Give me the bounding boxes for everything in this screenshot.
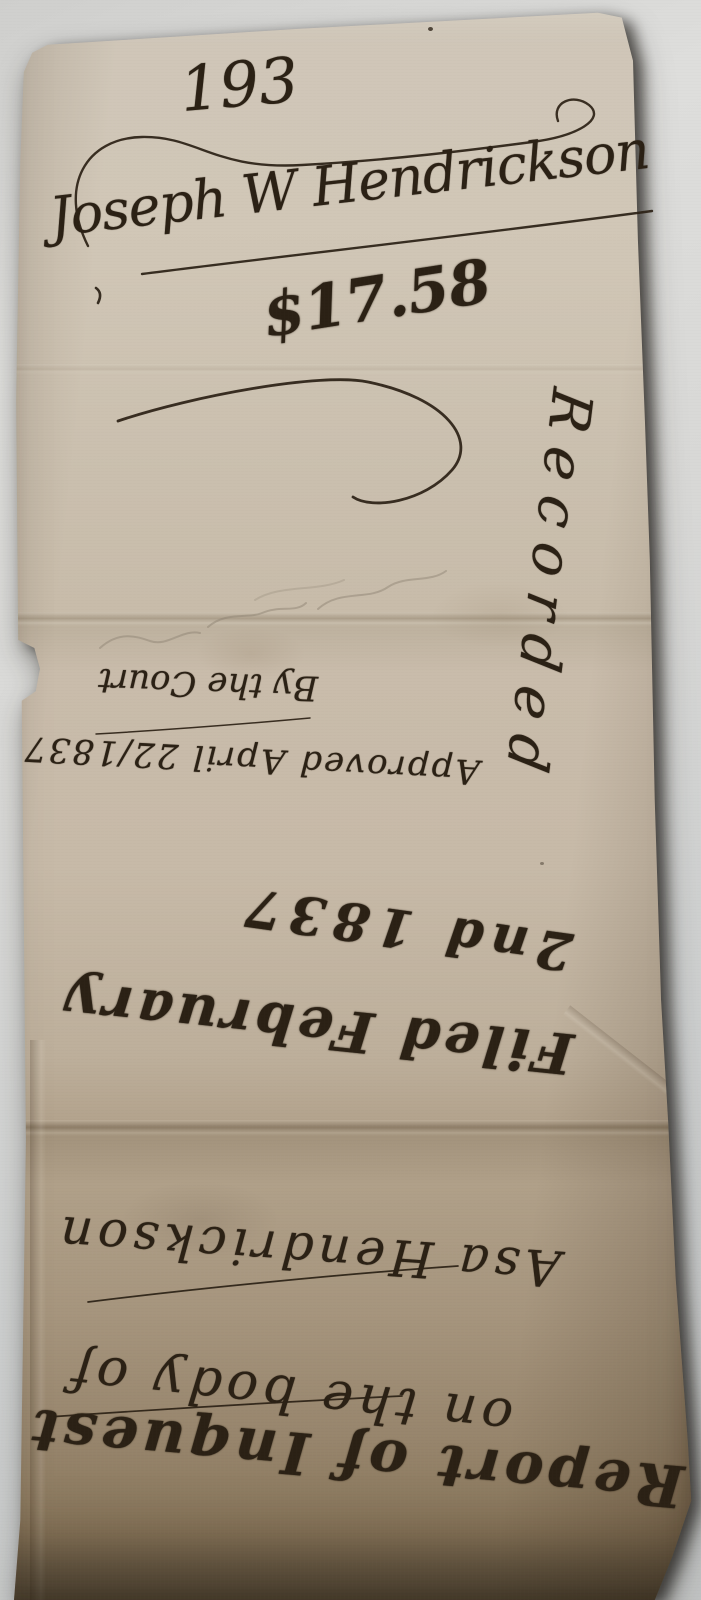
ink-speck (428, 27, 433, 31)
fold-crease-left-vertical (30, 1040, 46, 1600)
docket-number: 193 (177, 43, 301, 126)
fold-crease-upper (0, 364, 701, 374)
docket-court-line: By the Court (87, 660, 328, 708)
fold-crease-lower (0, 1120, 701, 1136)
photo-of-document: illegible pencil scribble 193 Joseph W H… (0, 0, 701, 1600)
fold-crease-middle (0, 612, 701, 626)
ink-speck (540, 862, 544, 865)
